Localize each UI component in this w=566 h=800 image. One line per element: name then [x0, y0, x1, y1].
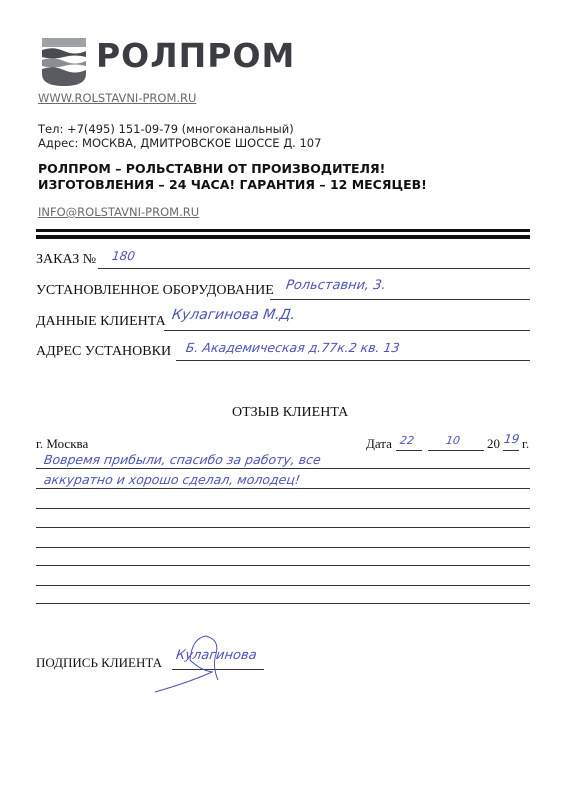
order-label: ЗАКАЗ №: [36, 252, 96, 268]
date-day[interactable]: 22: [399, 434, 415, 447]
brand-name: РОЛПРОМ: [96, 36, 295, 75]
email-link[interactable]: INFO@ROLSTAVNI-PROM.RU: [38, 205, 199, 219]
equipment-value[interactable]: Рольставни, 3.: [285, 278, 387, 293]
client-label: ДАННЫЕ КЛИЕНТА: [36, 314, 166, 330]
order-value[interactable]: 180: [111, 249, 136, 263]
client-line: [164, 330, 530, 331]
equipment-line: [270, 299, 530, 300]
review-line: [36, 547, 530, 548]
review-line: [36, 508, 530, 509]
review-line: [36, 488, 530, 489]
date-month[interactable]: 10: [445, 434, 461, 447]
signature-label: ПОДПИСЬ КЛИЕНТА: [36, 655, 162, 671]
signature-flourish: [150, 630, 240, 700]
review-line-text[interactable]: аккуратно и хорошо сделал, молодец!: [43, 472, 301, 487]
year-unit: г.: [522, 436, 529, 452]
date-year[interactable]: 19: [503, 432, 520, 446]
date-year-line: [503, 450, 519, 451]
review-line: [36, 565, 530, 566]
address-text: Адрес: МОСКВА, ДМИТРОВСКОЕ ШОССЕ Д. 107: [38, 136, 321, 151]
review-line: [36, 603, 530, 604]
waves-shield-icon: [42, 38, 86, 86]
review-line: [36, 468, 530, 469]
review-line: [36, 585, 530, 586]
address-label: АДРЕС УСТАНОВКИ: [36, 344, 171, 360]
review-line-text[interactable]: Вовремя прибыли, спасибо за работу, все: [43, 452, 322, 467]
address-line: [176, 360, 530, 361]
phone-text: Тел: +7(495) 151-09-79 (многоканальный): [38, 122, 294, 137]
review-title: ОТЗЫВ КЛИЕНТА: [232, 405, 348, 421]
website-link[interactable]: WWW.ROLSTAVNI-PROM.RU: [38, 91, 196, 105]
order-line: [98, 268, 530, 269]
date-day-line: [396, 450, 422, 451]
date-label: Дата: [366, 436, 392, 452]
city-label: г. Москва: [36, 436, 88, 452]
address-value[interactable]: Б. Академическая д.77к.2 кв. 13: [185, 340, 401, 355]
header-divider: [36, 229, 530, 240]
year-prefix: 20: [487, 436, 500, 452]
date-month-line: [428, 450, 484, 451]
client-value[interactable]: Кулагинова М.Д.: [171, 307, 296, 323]
slogan-line-2: ИЗГОТОВЛЕНИЯ – 24 ЧАСА! ГАРАНТИЯ – 12 МЕ…: [38, 176, 427, 193]
equipment-label: УСТАНОВЛЕННОЕ ОБОРУДОВАНИЕ: [36, 283, 274, 299]
slogan-line-1: РОЛПРОМ – РОЛЬСТАВНИ ОТ ПРОИЗВОДИТЕЛЯ!: [38, 160, 385, 177]
review-line: [36, 527, 530, 528]
